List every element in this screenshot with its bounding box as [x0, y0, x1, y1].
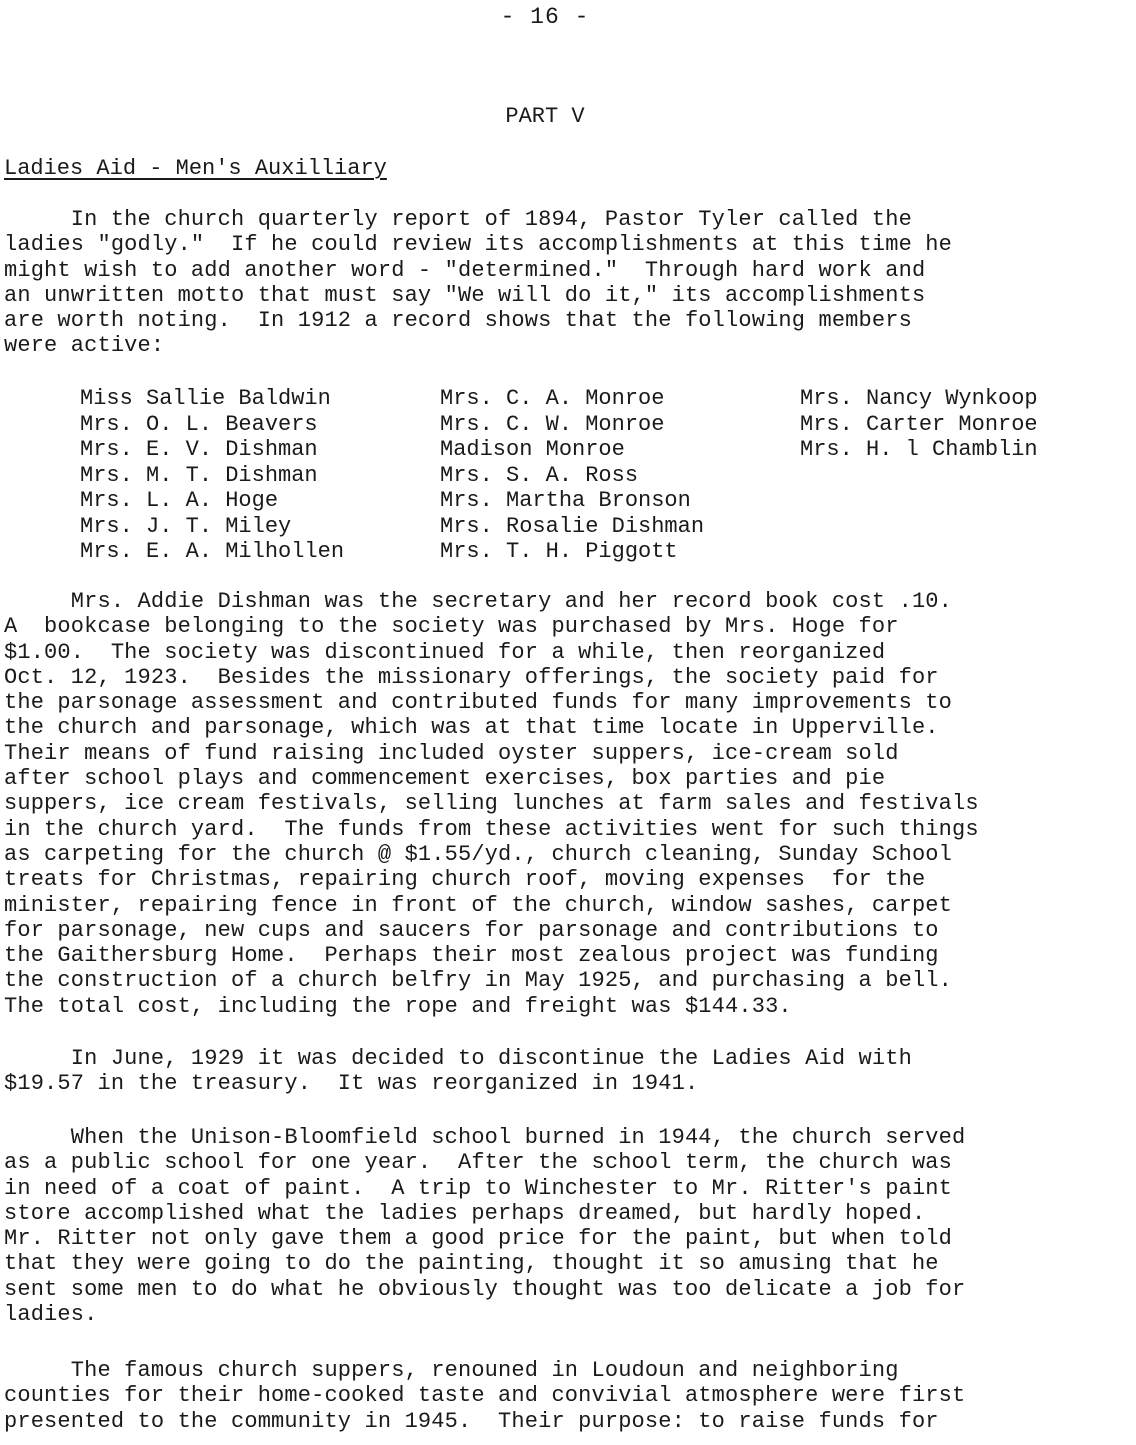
text-line: In the church quarterly report of 1894, … — [4, 207, 952, 232]
members-list: Miss Sallie BaldwinMrs. O. L. BeaversMrs… — [80, 386, 1120, 565]
text-line: as carpeting for the church @ $1.55/yd.,… — [4, 842, 979, 867]
text-line: for parsonage, new cups and saucers for … — [4, 918, 979, 943]
member-name: Mrs. C. W. Monroe — [440, 412, 800, 438]
member-name: Mrs. O. L. Beavers — [80, 412, 440, 438]
text-line: $1.00. The society was discontinued for … — [4, 640, 979, 665]
text-line: Their means of fund raising included oys… — [4, 741, 979, 766]
text-line: minister, repairing fence in front of th… — [4, 893, 979, 918]
text-line: Oct. 12, 1923. Besides the missionary of… — [4, 665, 979, 690]
text-line: sent some men to do what he obviously th… — [4, 1277, 965, 1302]
member-name: Mrs. Carter Monroe — [800, 412, 1120, 438]
part-title: PART V — [0, 104, 1090, 129]
text-line: A bookcase belonging to the society was … — [4, 614, 979, 639]
paragraph-school-fire: When the Unison-Bloomfield school burned… — [4, 1125, 965, 1327]
text-line: treats for Christmas, repairing church r… — [4, 867, 979, 892]
text-line: that they were going to do the painting,… — [4, 1251, 965, 1276]
text-line: The total cost, including the rope and f… — [4, 994, 979, 1019]
member-name: Mrs. M. T. Dishman — [80, 463, 440, 489]
member-name: Mrs. Rosalie Dishman — [440, 514, 800, 540]
member-name: Mrs. J. T. Miley — [80, 514, 440, 540]
member-name: Mrs. L. A. Hoge — [80, 488, 440, 514]
member-name: Mrs. Martha Bronson — [440, 488, 800, 514]
text-line: $19.57 in the treasury. It was reorganiz… — [4, 1071, 912, 1096]
text-line: The famous church suppers, renouned in L… — [4, 1358, 965, 1383]
member-name: Mrs. E. A. Milhollen — [80, 539, 440, 565]
text-line: presented to the community in 1945. Thei… — [4, 1409, 965, 1434]
text-line: are worth noting. In 1912 a record shows… — [4, 308, 952, 333]
text-line: counties for their home-cooked taste and… — [4, 1383, 965, 1408]
text-line: ladies "godly." If he could review its a… — [4, 232, 952, 257]
text-line: an unwritten motto that must say "We wil… — [4, 283, 952, 308]
section-heading: Ladies Aid - Men's Auxilliary — [4, 156, 387, 181]
text-line: When the Unison-Bloomfield school burned… — [4, 1125, 965, 1150]
page-number: - 16 - — [0, 4, 1090, 30]
text-line: were active: — [4, 333, 952, 358]
paragraph-intro: In the church quarterly report of 1894, … — [4, 207, 952, 359]
members-column: Mrs. C. A. MonroeMrs. C. W. MonroeMadiso… — [440, 386, 800, 565]
members-column: Miss Sallie BaldwinMrs. O. L. BeaversMrs… — [80, 386, 440, 565]
text-line: the construction of a church belfry in M… — [4, 968, 979, 993]
text-line: In June, 1929 it was decided to disconti… — [4, 1046, 912, 1071]
text-line: the parsonage assessment and contributed… — [4, 690, 979, 715]
member-name: Mrs. T. H. Piggott — [440, 539, 800, 565]
member-name: Mrs. C. A. Monroe — [440, 386, 800, 412]
text-line: suppers, ice cream festivals, selling lu… — [4, 791, 979, 816]
paragraph-discontinued: In June, 1929 it was decided to disconti… — [4, 1046, 912, 1097]
member-name: Madison Monroe — [440, 437, 800, 463]
member-name: Mrs. E. V. Dishman — [80, 437, 440, 463]
member-name: Mrs. S. A. Ross — [440, 463, 800, 489]
text-line: the Gaithersburg Home. Perhaps their mos… — [4, 943, 979, 968]
text-line: in the church yard. The funds from these… — [4, 817, 979, 842]
member-name: Mrs. Nancy Wynkoop — [800, 386, 1120, 412]
text-line: in need of a coat of paint. A trip to Wi… — [4, 1176, 965, 1201]
text-line: as a public school for one year. After t… — [4, 1150, 965, 1175]
text-line: Mrs. Addie Dishman was the secretary and… — [4, 589, 979, 614]
paragraph-church-suppers: The famous church suppers, renouned in L… — [4, 1358, 965, 1434]
member-name: Miss Sallie Baldwin — [80, 386, 440, 412]
text-line: might wish to add another word - "determ… — [4, 258, 952, 283]
paragraph-society-history: Mrs. Addie Dishman was the secretary and… — [4, 589, 979, 1019]
text-line: ladies. — [4, 1302, 965, 1327]
member-name: Mrs. H. l Chamblin — [800, 437, 1120, 463]
text-line: the church and parsonage, which was at t… — [4, 715, 979, 740]
text-line: store accomplished what the ladies perha… — [4, 1201, 965, 1226]
text-line: after school plays and commencement exer… — [4, 766, 979, 791]
text-line: Mr. Ritter not only gave them a good pri… — [4, 1226, 965, 1251]
members-column: Mrs. Nancy WynkoopMrs. Carter MonroeMrs.… — [800, 386, 1120, 565]
